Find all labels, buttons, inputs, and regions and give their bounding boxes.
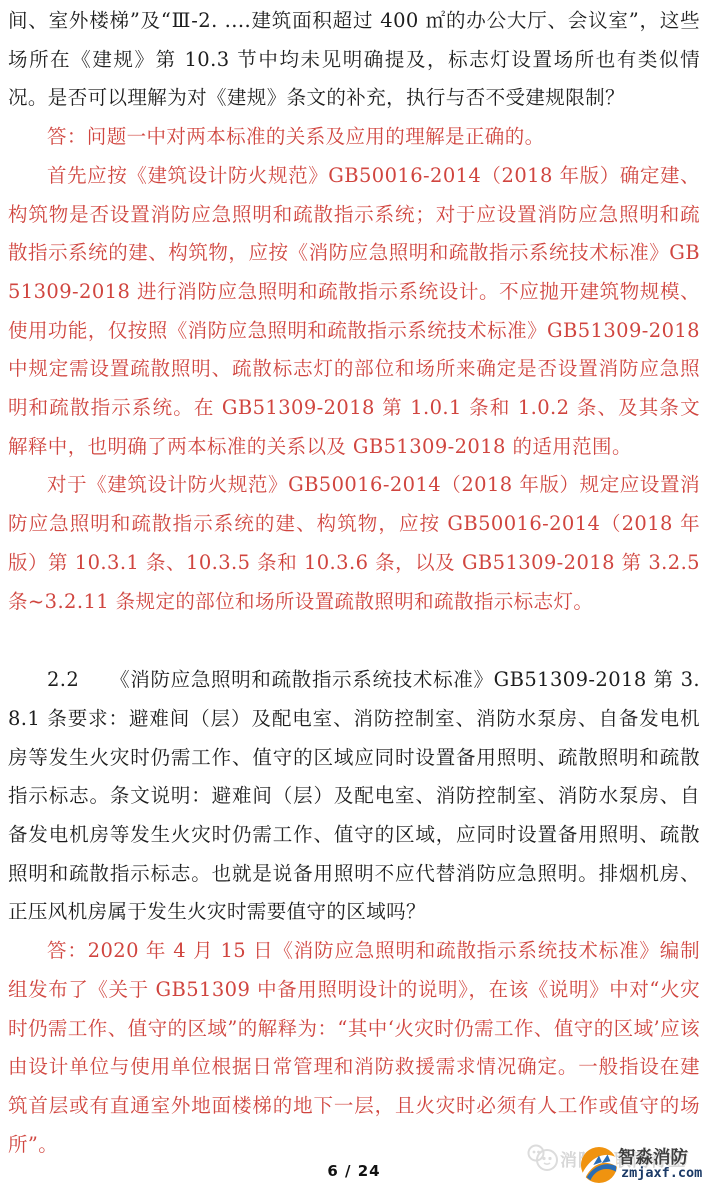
paragraph-answer-2-2: 答：2020 年 4 月 15 日《消防应急照明和疏散指示系统技术标准》编制组发… — [8, 932, 700, 1164]
watermark: 消防物联网行业 智淼消防 zmjaxf.com — [526, 1132, 706, 1188]
paragraph-question-continuation: 间、室外楼梯”及“Ⅲ-2. ....建筑面积超过 400 ㎡的办公大厅、会议室”… — [8, 2, 700, 118]
watermark-brand-domain: zmjaxf.com — [621, 1165, 702, 1181]
paragraph-answer-intro: 答：问题一中对两本标准的关系及应用的理解是正确的。 — [8, 118, 700, 157]
paragraph-answer-body-2: 对于《建筑设计防火规范》GB50016-2014（2018 年版）规定应设置消防… — [8, 466, 700, 621]
paragraph-answer-body-1: 首先应按《建筑设计防火规范》GB50016-2014（2018 年版）确定建、构… — [8, 157, 700, 467]
zhimiao-logo-icon — [580, 1146, 618, 1184]
chat-bubbles-icon — [526, 1142, 560, 1174]
paragraph-question-2-2: 2.2 《消防应急照明和疏散指示系统技术标准》GB51309-2018 第 3.… — [8, 661, 700, 932]
document-body: 间、室外楼梯”及“Ⅲ-2. ....建筑面积超过 400 ㎡的办公大厅、会议室”… — [8, 2, 700, 1164]
document-page: 间、室外楼梯”及“Ⅲ-2. ....建筑面积超过 400 ㎡的办公大厅、会议室”… — [0, 0, 708, 1190]
